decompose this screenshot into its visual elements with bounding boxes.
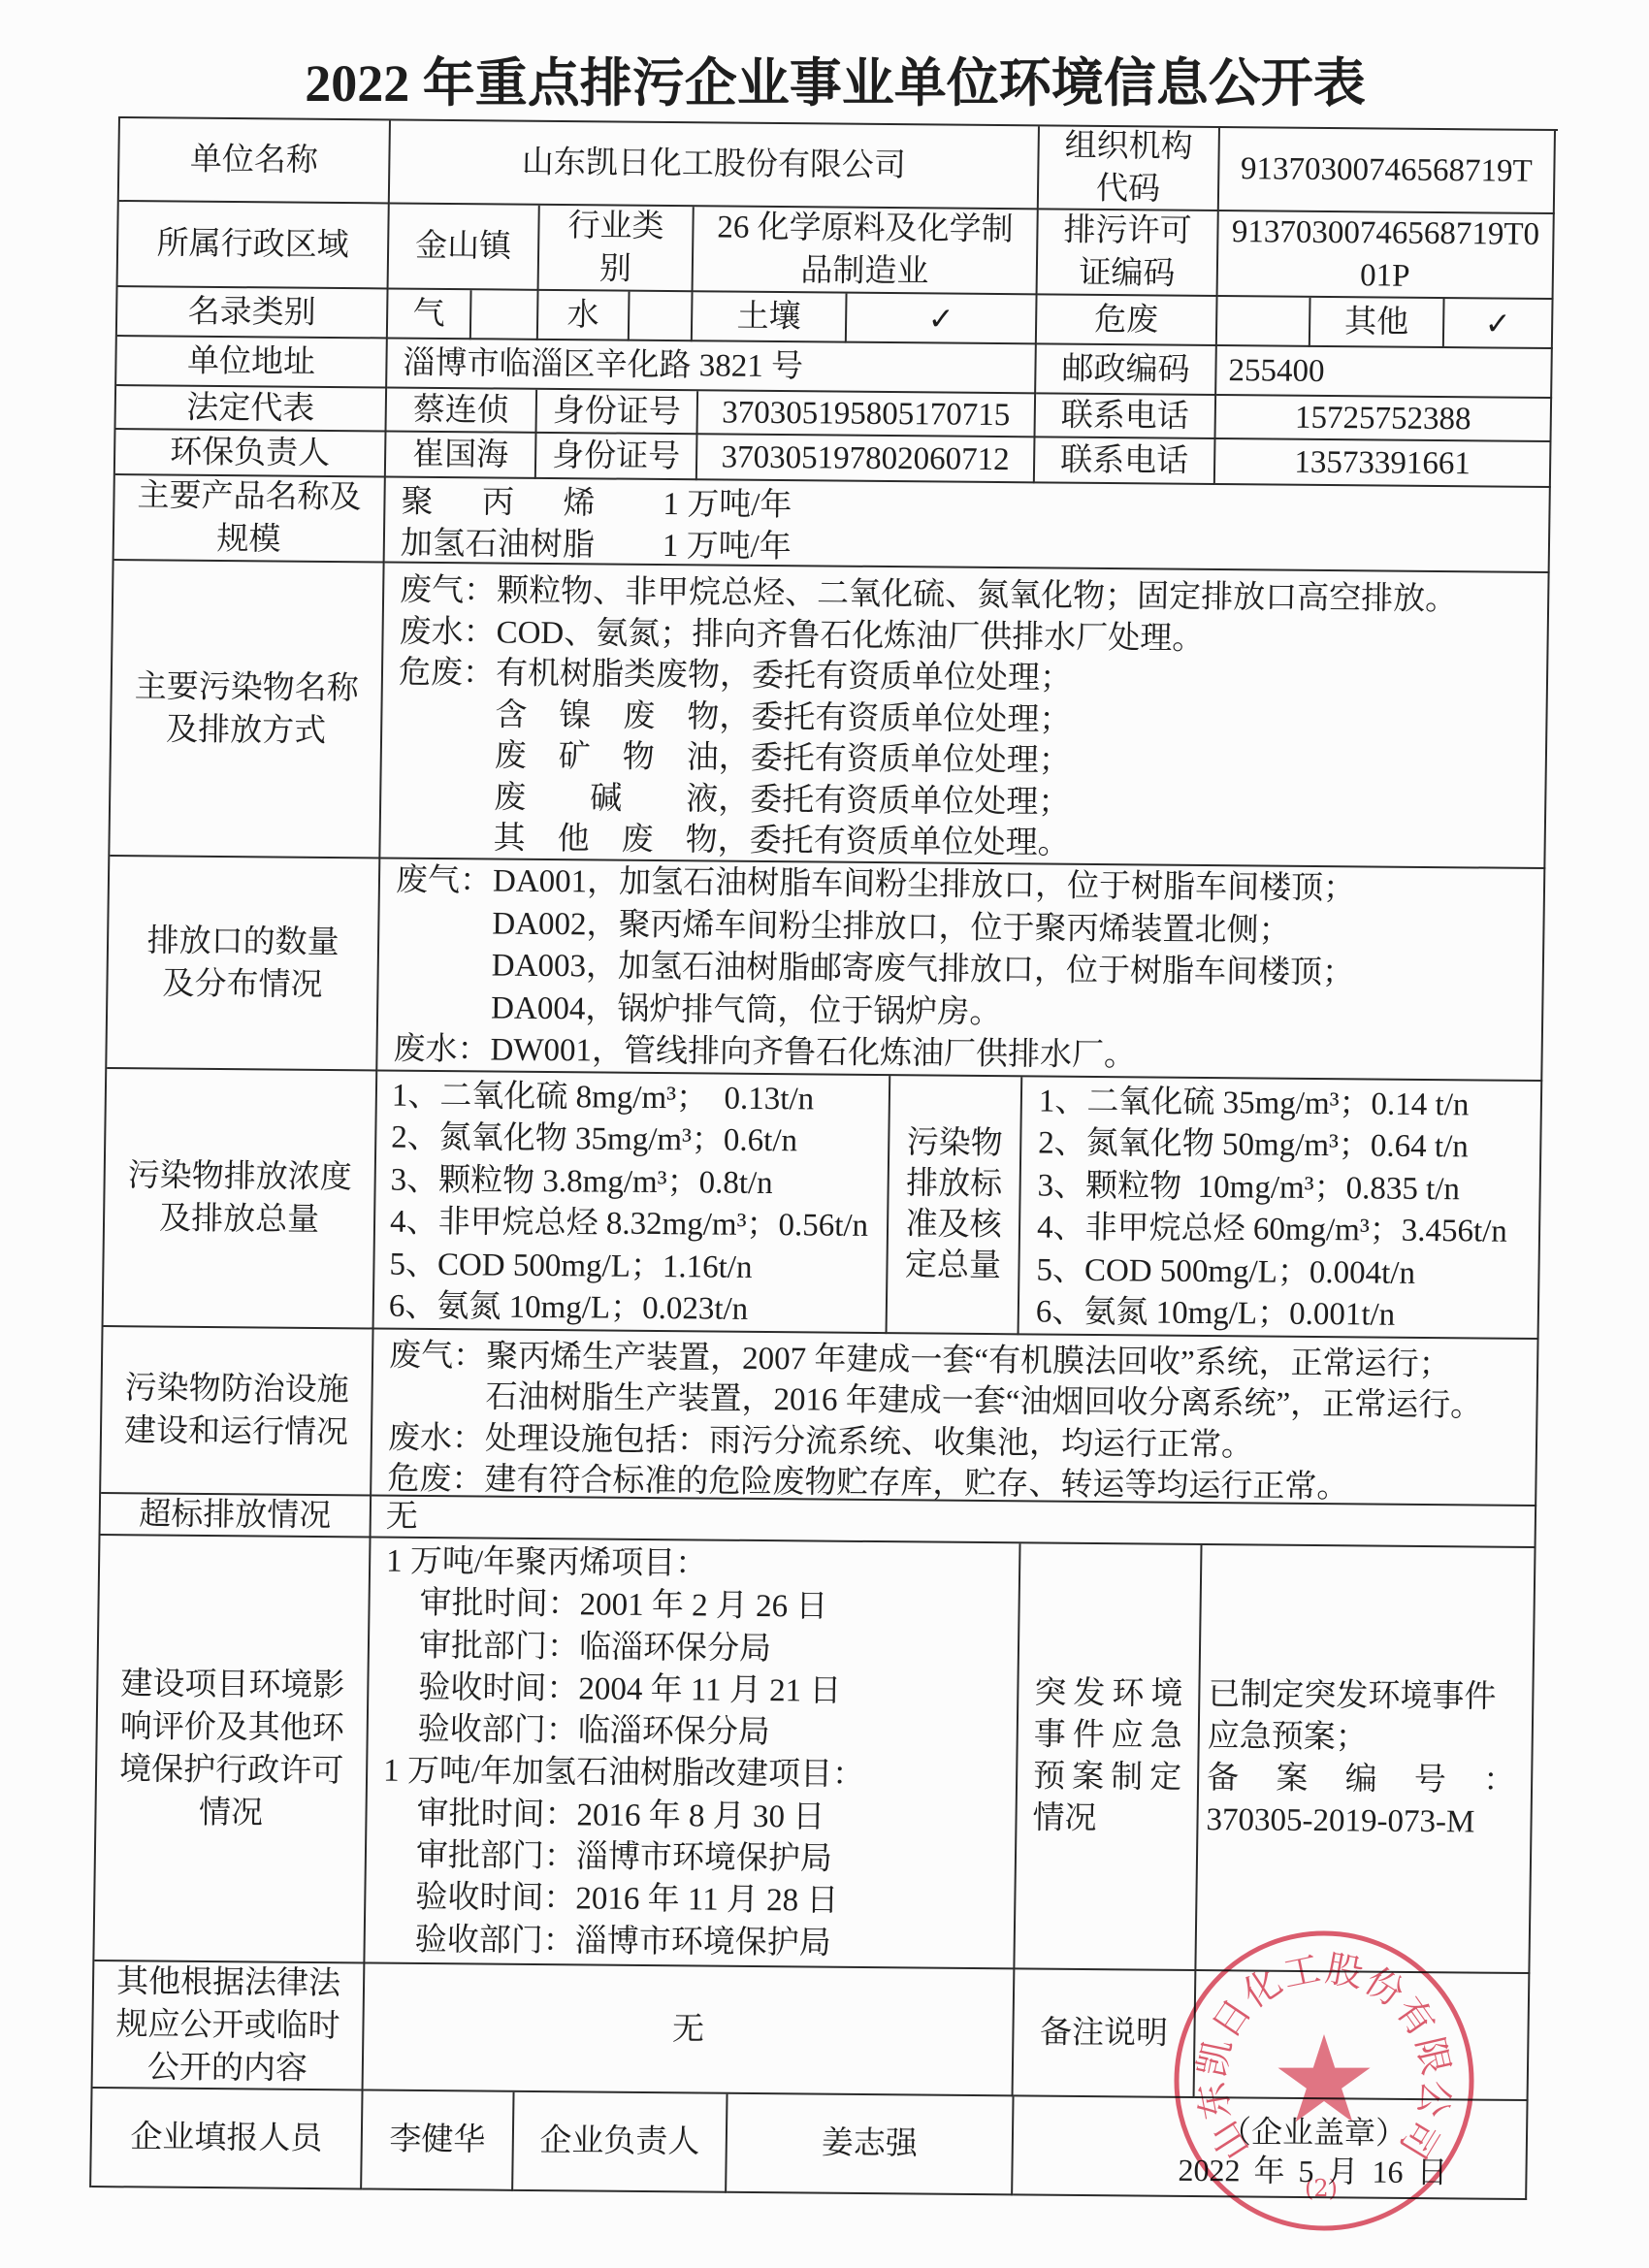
- legal-rep-id-label: 身份证号: [536, 390, 698, 435]
- env-manager-phone-label: 联系电话: [1035, 437, 1216, 485]
- region-value: 金山镇: [389, 204, 540, 290]
- emission-standard-line: 6、氨氮 10mg/L；0.001t/n: [1036, 1292, 1538, 1339]
- legal-rep-phone-label: 联系电话: [1035, 394, 1216, 439]
- project-title: 1 万吨/年加氢石油树脂改建项目：: [383, 1751, 1017, 1798]
- postcode-value: 255400: [1216, 346, 1553, 399]
- row-outlets: 排放口的数量 及分布情况 废气：DA001，加氢石油树脂车间粉尘排放口，位于树脂…: [107, 857, 1547, 1082]
- permit-code-label: 排污许可 证编码: [1038, 210, 1219, 297]
- seal-note: （企业盖章）: [1101, 2111, 1527, 2154]
- postcode-label: 邮政编码: [1036, 344, 1217, 396]
- row-other-disclosure: 其他根据法律法 规应公开或临时 公开的内容 无 备注说明: [93, 1961, 1533, 2101]
- industry-label: 行业类 别: [539, 206, 695, 292]
- env-manager-id-label: 身份证号: [536, 434, 698, 480]
- project-field: 审批时间：2001 年 2 月 26 日: [385, 1583, 1018, 1631]
- category-other-check: ✓: [1444, 299, 1554, 349]
- outlets-label: 排放口的数量 及分布情况: [107, 857, 380, 1071]
- org-code-value: 91370300746568719T: [1219, 128, 1556, 214]
- emission-standard-line: 4、非甲烷总烃 60mg/m³；3.456t/n: [1037, 1208, 1539, 1254]
- category-air-check: [471, 290, 539, 340]
- org-code-label: 组织机构 代码: [1039, 126, 1220, 211]
- emergency-value: 已制定突发环境事件 应急预案； 备案编号： 370305-2019-073-M: [1196, 1545, 1536, 1974]
- row-eia: 建设项目环境影 响评价及其他环 境保护行政许可 情况 1 万吨/年聚丙烯项目： …: [94, 1536, 1537, 1974]
- seal-date-cell: （企业盖章） 2022 年 5 月 16 日: [1013, 2096, 1528, 2200]
- category-hazardous: 危废: [1037, 295, 1218, 346]
- row-unit-name: 单位名称 山东凯日化工股份有限公司 组织机构 代码 91370300746568…: [119, 118, 1558, 214]
- project-field: 验收部门：淄博市环境保护局: [380, 1919, 1014, 1966]
- project-field: 审批部门：淄博市环境保护局: [382, 1835, 1016, 1883]
- emissions-label: 污染物排放浓度 及排放总量: [104, 1069, 378, 1329]
- project-field: 验收时间：2016 年 11 月 28 日: [381, 1877, 1015, 1925]
- eia-label: 建设项目环境影 响评价及其他环 境保护行政许可 情况: [94, 1536, 371, 1963]
- emission-standard-line: 3、颗粒物 10mg/m³；0.835 t/n: [1037, 1165, 1539, 1212]
- remarks-label: 备注说明: [1014, 1969, 1197, 2098]
- check-icon: ✓: [1484, 302, 1510, 344]
- record-number-label: 备案编号：: [1207, 1758, 1516, 1802]
- category-soil: 土壤: [693, 292, 848, 342]
- other-disclosure-value: 无: [364, 1963, 1016, 2096]
- project-field: 审批时间：2016 年 8 月 30 日: [382, 1793, 1016, 1840]
- project-field: 审批部门：临淄环保分局: [385, 1625, 1018, 1672]
- outlets-value: 废气：DA001，加氢石油树脂车间粉尘排放口，位于树脂车间楼顶； DA002，聚…: [377, 859, 1545, 1082]
- products-value: 聚丙烯1 万吨/年 加氢石油树脂1 万吨/年: [385, 477, 1551, 573]
- pollutants-value: 废气：颗粒物、非甲烷总烃、二氧化硫、氮氧化物；固定排放口高空排放。 废水：COD…: [380, 563, 1549, 869]
- row-pollutants: 主要污染物名称 及排放方式 废气：颗粒物、非甲烷总烃、二氧化硫、氮氧化物；固定排…: [110, 561, 1551, 869]
- row-signature: 企业填报人员 李健华 企业负责人 姜志强 （企业盖章） 2022 年 5 月 1…: [91, 2089, 1530, 2200]
- emission-actual-line: 4、非甲烷总烃 8.32mg/m³；0.56t/n: [390, 1202, 888, 1248]
- other-disclosure-label: 其他根据法律法 规应公开或临时 公开的内容: [93, 1961, 366, 2090]
- project-field: 验收时间：2004 年 11 月 21 日: [384, 1668, 1018, 1715]
- emissions-actual: 1、二氧化硫 8mg/m³； 0.13t/n 2、氮氧化物 35mg/m³；0.…: [374, 1071, 891, 1334]
- emission-actual-line: 1、二氧化硫 8mg/m³； 0.13t/n: [392, 1076, 889, 1122]
- legal-rep-name: 蔡连侦: [386, 388, 537, 433]
- document-page: 2022 年重点排污企业事业单位环境信息公开表 单位名称 山东凯日化工股份有限公…: [0, 0, 1649, 2268]
- legal-rep-id: 370305195805170715: [697, 391, 1036, 437]
- env-manager-label: 环保负责人: [115, 430, 387, 477]
- project-field: 验收部门：临淄环保分局: [383, 1709, 1017, 1757]
- record-number: 370305-2019-073-M: [1206, 1799, 1515, 1844]
- env-manager-id: 370305197802060712: [697, 435, 1036, 483]
- disclosure-table: 单位名称 山东凯日化工股份有限公司 组织机构 代码 91370300746568…: [89, 116, 1558, 2200]
- pollutants-label: 主要污染物名称 及排放方式: [110, 561, 384, 859]
- project-title: 1 万吨/年聚丙烯项目：: [386, 1541, 1019, 1589]
- category-water-check: [630, 292, 694, 342]
- exceedance-label: 超标排放情况: [101, 1494, 372, 1538]
- emissions-standard-label: 污染物 排放标 准及核 定总量: [888, 1076, 1023, 1335]
- emission-actual-line: 2、氮氧化物 35mg/m³；0.6t/n: [391, 1118, 889, 1164]
- category-soil-check: ✓: [847, 294, 1038, 345]
- products-label: 主要产品名称及 规模: [114, 475, 386, 563]
- row-facilities: 污染物防治设施 建设和运行情况 废气：聚丙烯生产装置，2007 年建成一套“有机…: [101, 1327, 1540, 1507]
- address-label: 单位地址: [116, 337, 388, 388]
- env-manager-phone: 13573391661: [1215, 439, 1552, 488]
- category-hazardous-check: [1217, 297, 1311, 347]
- emission-standard-line: 5、COD 500mg/L；0.004t/n: [1036, 1249, 1538, 1296]
- row-emissions: 污染物排放浓度 及排放总量 1、二氧化硫 8mg/m³； 0.13t/n 2、氮…: [104, 1069, 1545, 1340]
- unit-name-value: 山东凯日化工股份有限公司: [390, 120, 1040, 210]
- address-value: 淄博市临淄区辛化路 3821 号: [387, 339, 1037, 394]
- check-icon: ✓: [927, 297, 954, 340]
- env-manager-name: 崔国海: [386, 432, 537, 478]
- sign-date: 2022 年 5 月 16 日: [1100, 2150, 1526, 2192]
- category-water: 水: [538, 291, 630, 341]
- row-products: 主要产品名称及 规模 聚丙烯1 万吨/年 加氢石油树脂1 万吨/年: [114, 475, 1553, 573]
- directory-label: 名录类别: [117, 287, 389, 339]
- emergency-label: 突发环境 事件应急 预案制定 情况: [1015, 1543, 1202, 1971]
- category-air: 气: [388, 289, 472, 340]
- filler-label: 企业填报人员: [91, 2089, 363, 2189]
- filler-name: 李健华: [362, 2090, 514, 2190]
- industry-value: 26 化学原料及化学制 品制造业: [694, 207, 1039, 295]
- permit-code-value: 91370300746568719T0 01P: [1218, 211, 1555, 300]
- head-label: 企业负责人: [513, 2092, 727, 2193]
- emission-standard-line: 1、二氧化硫 35mg/m³；0.14 t/n: [1039, 1081, 1541, 1127]
- facilities-label: 污染物防治设施 建设和运行情况: [101, 1327, 373, 1496]
- remarks-value: [1195, 1971, 1531, 2101]
- eia-value: 1 万吨/年聚丙烯项目： 审批时间：2001 年 2 月 26 日 审批部门：临…: [365, 1538, 1020, 1969]
- row-region: 所属行政区域 金山镇 行业类 别 26 化学原料及化学制 品制造业 排污许可 证…: [118, 202, 1557, 300]
- category-other: 其他: [1310, 298, 1445, 348]
- legal-rep-phone: 15725752388: [1215, 396, 1552, 442]
- region-label: 所属行政区域: [118, 202, 390, 289]
- legal-rep-label: 法定代表: [115, 386, 387, 432]
- unit-name-label: 单位名称: [119, 118, 391, 204]
- emission-actual-line: 5、COD 500mg/L；1.16t/n: [389, 1244, 887, 1290]
- facilities-value: 废气：聚丙烯生产装置，2007 年建成一套“有机膜法回收”系统，正常运行； 石油…: [372, 1329, 1538, 1507]
- emission-actual-line: 6、氨氮 10mg/L；0.023t/n: [389, 1286, 887, 1333]
- emission-actual-line: 3、颗粒物 3.8mg/m³；0.8t/n: [390, 1159, 888, 1206]
- head-name: 姜志强: [727, 2094, 1014, 2196]
- emissions-standard: 1、二氧化硫 35mg/m³；0.14 t/n 2、氮氧化物 50mg/m³；0…: [1019, 1077, 1543, 1340]
- document-title: 2022 年重点排污企业事业单位环境信息公开表: [0, 56, 1649, 111]
- emission-standard-line: 2、氮氧化物 50mg/m³；0.64 t/n: [1038, 1123, 1540, 1170]
